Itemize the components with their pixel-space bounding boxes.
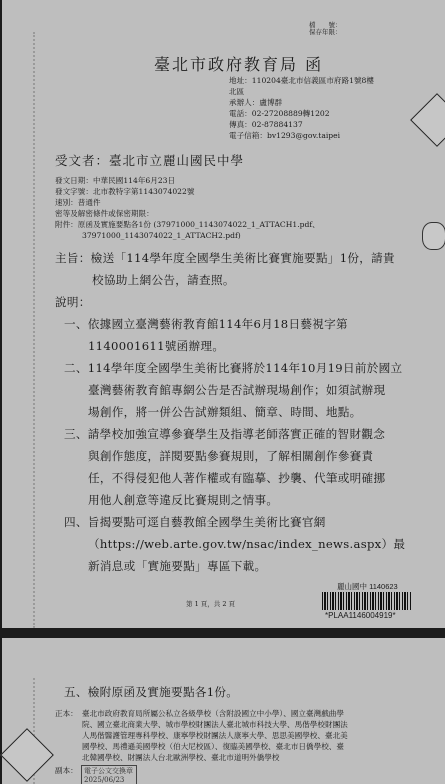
subject-line-2: 校協助上網公告，請查照。: [92, 270, 235, 292]
fax: 傳真：02-87884137: [229, 120, 303, 131]
item-1-line-2: 1140001611號函辦理。: [88, 336, 224, 358]
item-2-line-2: 臺灣藝術教育館專網公告是否試辦現場創作；如須試辦現: [88, 380, 385, 402]
item-5: 五、檢附原函及實施要點各1份。: [64, 682, 238, 704]
secrecy: 密等及解密條件或保密期限：: [55, 209, 154, 220]
original-line-1: 臺北市政府教育局所屬公私立各級學校（含附設國立中小學）、國立臺灣戲曲學: [82, 709, 344, 720]
item-4-line-1: 四、旨揭要點可逕自藝教館全國學生美術比賽官網: [64, 512, 326, 534]
contact-person: 承辦人：盧博群: [229, 98, 282, 109]
item-2-line-1: 二、114學年度全國學生美術比賽將於114年10月19日前於國立: [64, 358, 402, 380]
original-line-4: 國學校、馬禮遜美國學校（伯大尼校區）、復臨美國學校、臺北市日僑學校、臺: [82, 742, 344, 753]
document-page-2: 五、檢附原函及實施要點各1份。 正本： 臺北市政府教育局所屬公私立各級學校（含附…: [2, 638, 445, 784]
phone: 電話：02-27208889轉1202: [229, 109, 330, 120]
document-title: 臺北市政府教育局 函: [154, 52, 323, 75]
gear-seal-icon: [422, 222, 445, 250]
item-3-line-3: 任，不得侵犯他人著作權或有臨摹、抄襲、代筆或明確挪: [88, 468, 385, 490]
barcode-text: *PLAA1146004919*: [325, 611, 396, 620]
recipient: 受文者：臺北市立麗山國民中學: [55, 151, 244, 169]
document-number: 發文字號：北市教特字第1143074022號: [55, 187, 194, 198]
explanation-label: 說明：: [55, 292, 91, 314]
issue-date: 發文日期：中華民國114年6月23日: [55, 176, 175, 187]
barcode: [322, 592, 412, 610]
original-line-2: 院、國立臺北商業大學、城市學校財團法人臺北城市科技大學、馬偕學校財團法: [82, 720, 348, 731]
item-1-line-1: 一、依據國立臺灣藝術教育館114年6月18日藝視字第: [64, 314, 348, 336]
subject-line-1: 主旨：檢送「114學年度全國學生美術比賽實施要點」1份，請貴: [55, 248, 395, 270]
retention-label: 保存年限：: [309, 29, 342, 36]
speed: 速別：普通件: [55, 198, 101, 209]
attachment[interactable]: 附件：原函及實施要點各1份 (37971000_1143074022_1_ATT…: [55, 220, 320, 231]
item-4-line-2[interactable]: （https://web.arte.gov.tw/nsac/index_news…: [88, 534, 405, 556]
item-3-line-2: 與創作態度，詳閱要點參賽規則，了解相關創作參賽責: [88, 446, 373, 468]
receipt-label: 麗山國中 1140623: [337, 581, 398, 592]
document-page-1: 檔 號： 保存年限： 臺北市政府教育局 函 地址：110204臺北市信義區市府路…: [2, 0, 445, 628]
email: 電子信箱：bv1293@gov.taipei: [229, 131, 340, 142]
item-4-line-3: 新消息或「實施要點」專區下載。: [88, 556, 266, 578]
binding-line: [33, 32, 35, 628]
copy-label: 副本：: [55, 766, 78, 777]
item-2-line-3: 場創作，將一併公告試辦類組、簡章、時間、地點。: [88, 402, 362, 424]
original-line-5: 北韓國學校、財團法人台北歐洲學校、臺北市道明外僑學校: [82, 753, 279, 764]
attachment-cont[interactable]: 37971000_1143074022_1_ATTACH2.pdf): [82, 231, 241, 242]
original-line-3: 人馬偕醫護管理專科學校、康寧學校財團法人康寧大學、思思美國學校、臺北美: [82, 731, 348, 742]
item-3-line-4: 用他人創意等違反比賽規則之情事。: [88, 490, 278, 512]
sender-address: 地址：110204臺北市信義區市府路1號8樓: [229, 76, 374, 87]
processing-seal-icon: [0, 728, 54, 782]
item-3-line-1: 三、請學校加強宣導參賽學生及指導老師落實正確的智財觀念: [64, 424, 385, 446]
exchange-stamp: 電子公文交換章 2025/06/23 11:18:26: [81, 765, 137, 784]
original-label: 正本：: [55, 709, 78, 720]
sender-address-cont: 北區: [229, 87, 244, 98]
exchange-seal-icon: [410, 93, 445, 147]
page-indicator: 第 1 頁，共 2 頁: [186, 601, 235, 608]
